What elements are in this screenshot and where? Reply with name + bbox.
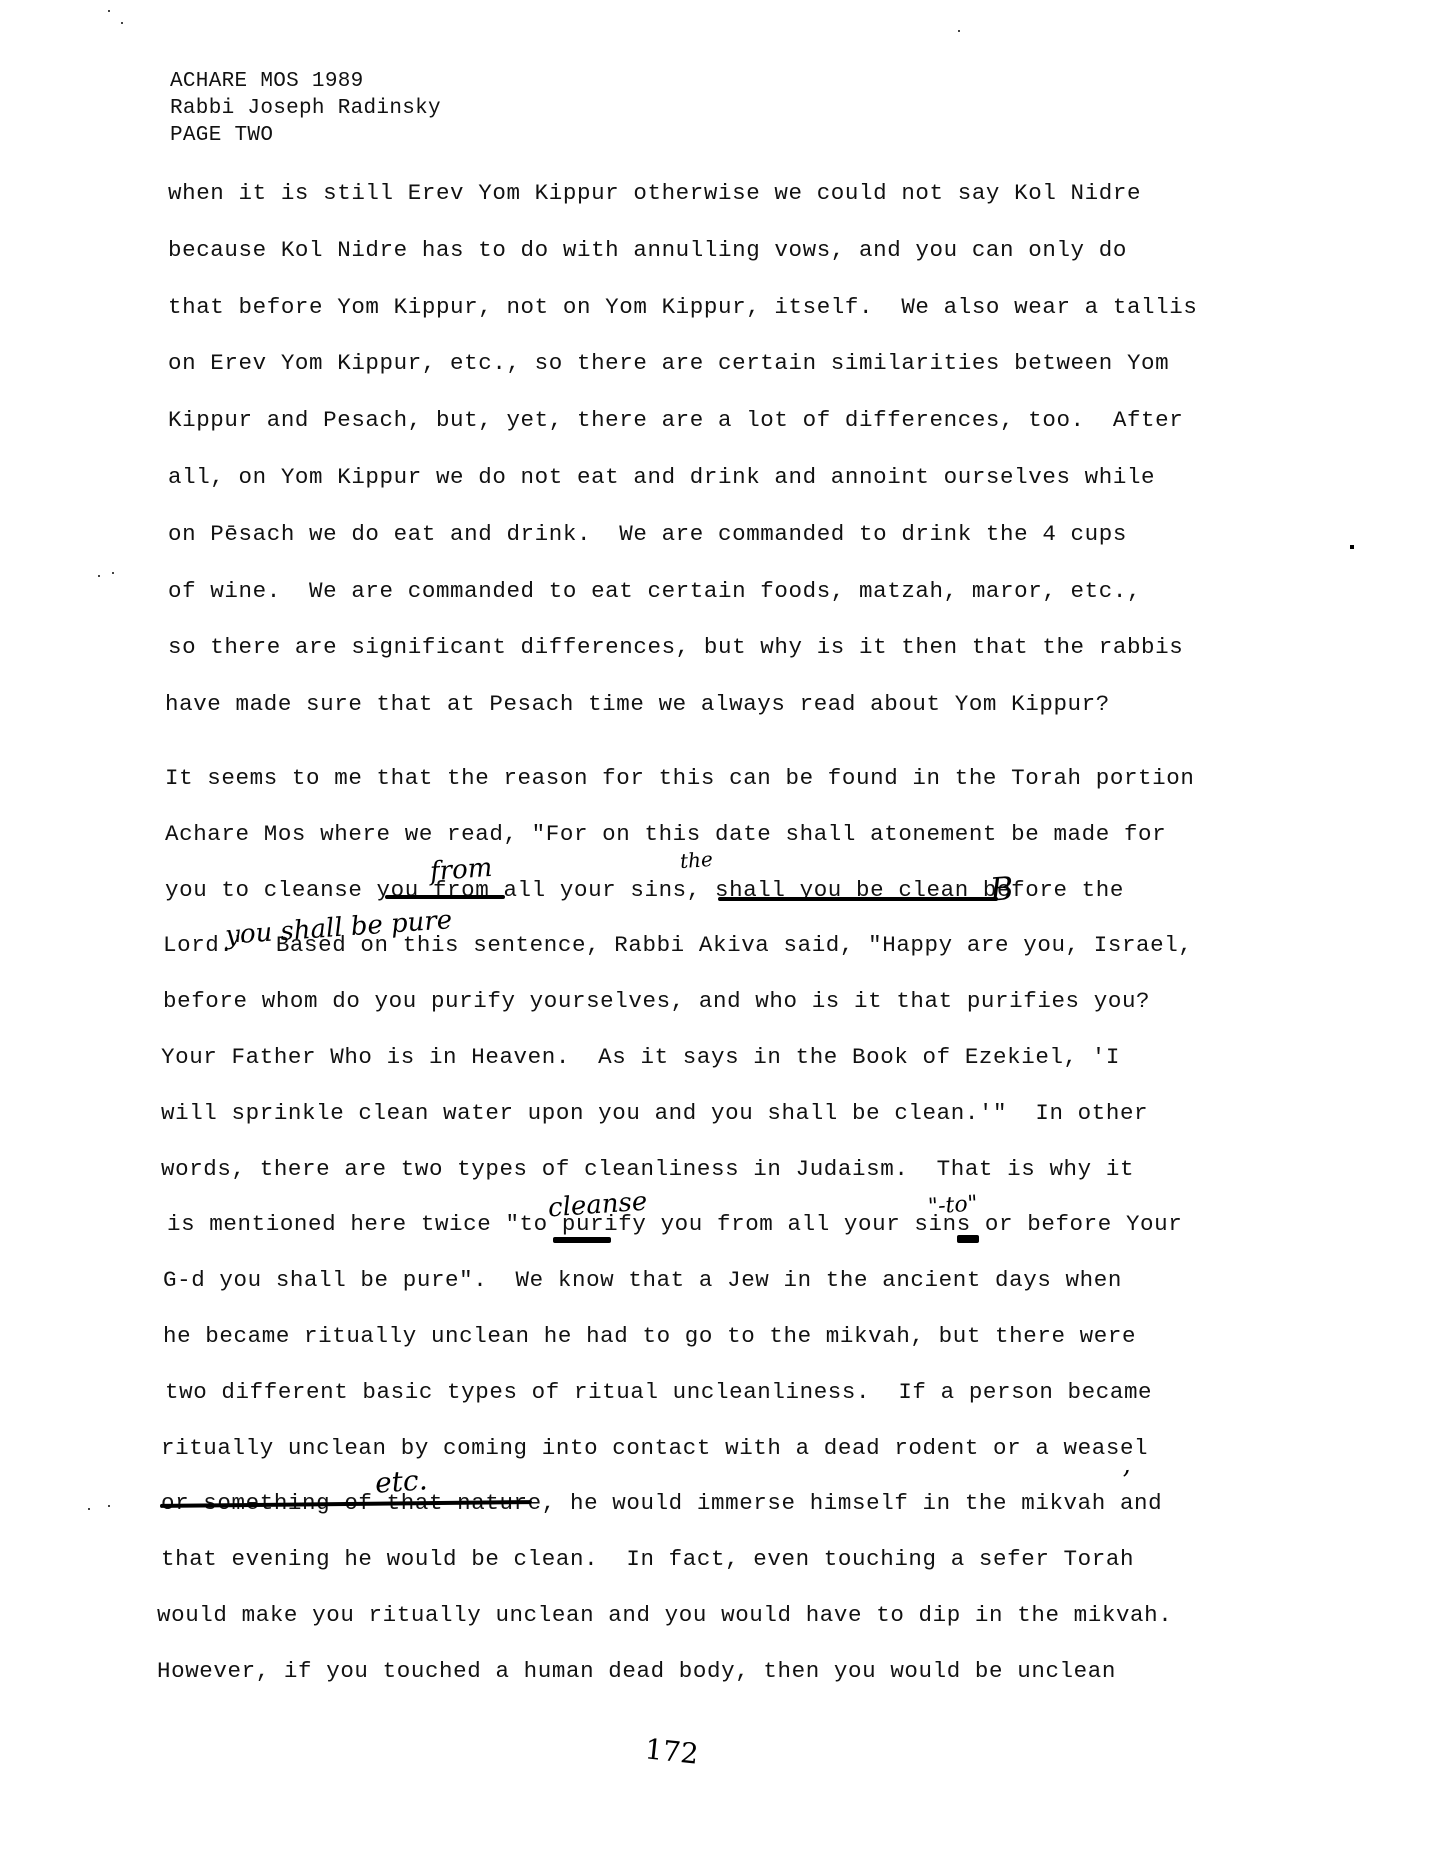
scan-speck: [108, 10, 110, 12]
text-line: However, if you touched a human dead bod…: [157, 1658, 1116, 1684]
text-line: It seems to me that the reason for this …: [165, 765, 1194, 791]
text-line: on Pēsach we do eat and drink. We are co…: [168, 521, 1127, 547]
doc-page-label: PAGE TWO: [170, 124, 273, 147]
text-line: G-d you shall be pure". We know that a J…: [163, 1267, 1122, 1293]
strikeout: [957, 1235, 979, 1243]
text-line: is mentioned here twice "to purify you f…: [167, 1211, 1182, 1237]
document-page: ACHARE MOS 1989 Rabbi Joseph Radinsky PA…: [0, 0, 1430, 1851]
text-line: words, there are two types of cleanlines…: [161, 1156, 1134, 1182]
text-line: all, on Yom Kippur we do not eat and dri…: [168, 464, 1155, 490]
doc-author: Rabbi Joseph Radinsky: [170, 97, 441, 120]
scan-speck: [958, 30, 960, 32]
text-line: before whom do you purify yourselves, an…: [163, 988, 1150, 1014]
scan-speck: [88, 1508, 90, 1510]
text-line: would make you ritually unclean and you …: [157, 1602, 1172, 1628]
handwritten-b: B: [989, 869, 1015, 909]
text-line: that before Yom Kippur, not on Yom Kippu…: [168, 294, 1197, 320]
text-line: he became ritually unclean he had to go …: [163, 1323, 1136, 1349]
scan-speck: [121, 22, 123, 24]
scan-speck: [112, 572, 114, 574]
doc-title: ACHARE MOS 1989: [170, 70, 364, 93]
text-line: have made sure that at Pesach time we al…: [165, 691, 1110, 717]
text-line: when it is still Erev Yom Kippur otherwi…: [168, 180, 1141, 206]
handwritten-etc: etc.: [374, 1463, 429, 1500]
text-line: of wine. We are commanded to eat certain…: [168, 578, 1141, 604]
text-line: Kippur and Pesach, but, yet, there are a…: [168, 407, 1183, 433]
strikeout: [553, 1237, 611, 1243]
text-line: Achare Mos where we read, "For on this d…: [165, 821, 1166, 847]
text-line: so there are significant differences, bu…: [168, 634, 1183, 660]
handwritten-from: from: [429, 853, 493, 887]
scan-speck: [108, 1505, 110, 1507]
handwritten-to: "-to": [927, 1191, 978, 1219]
text-line: on Erev Yom Kippur, etc., so there are c…: [168, 350, 1169, 376]
strikeout: [385, 895, 505, 899]
scan-speck: [1350, 545, 1354, 549]
text-line: will sprinkle clean water upon you and y…: [161, 1100, 1148, 1126]
text-line: that evening he would be clean. In fact,…: [161, 1546, 1134, 1572]
text-line: because Kol Nidre has to do with annulli…: [168, 237, 1127, 263]
handwritten-the: the: [679, 847, 713, 873]
text-line: two different basic types of ritual uncl…: [165, 1379, 1152, 1405]
scan-speck: [98, 575, 100, 577]
strikeout: [718, 897, 998, 901]
page-number: 172: [643, 1732, 700, 1770]
text-line: ritually unclean by coming into contact …: [161, 1435, 1148, 1461]
text-line: Your Father Who is in Heaven. As it says…: [161, 1044, 1120, 1070]
